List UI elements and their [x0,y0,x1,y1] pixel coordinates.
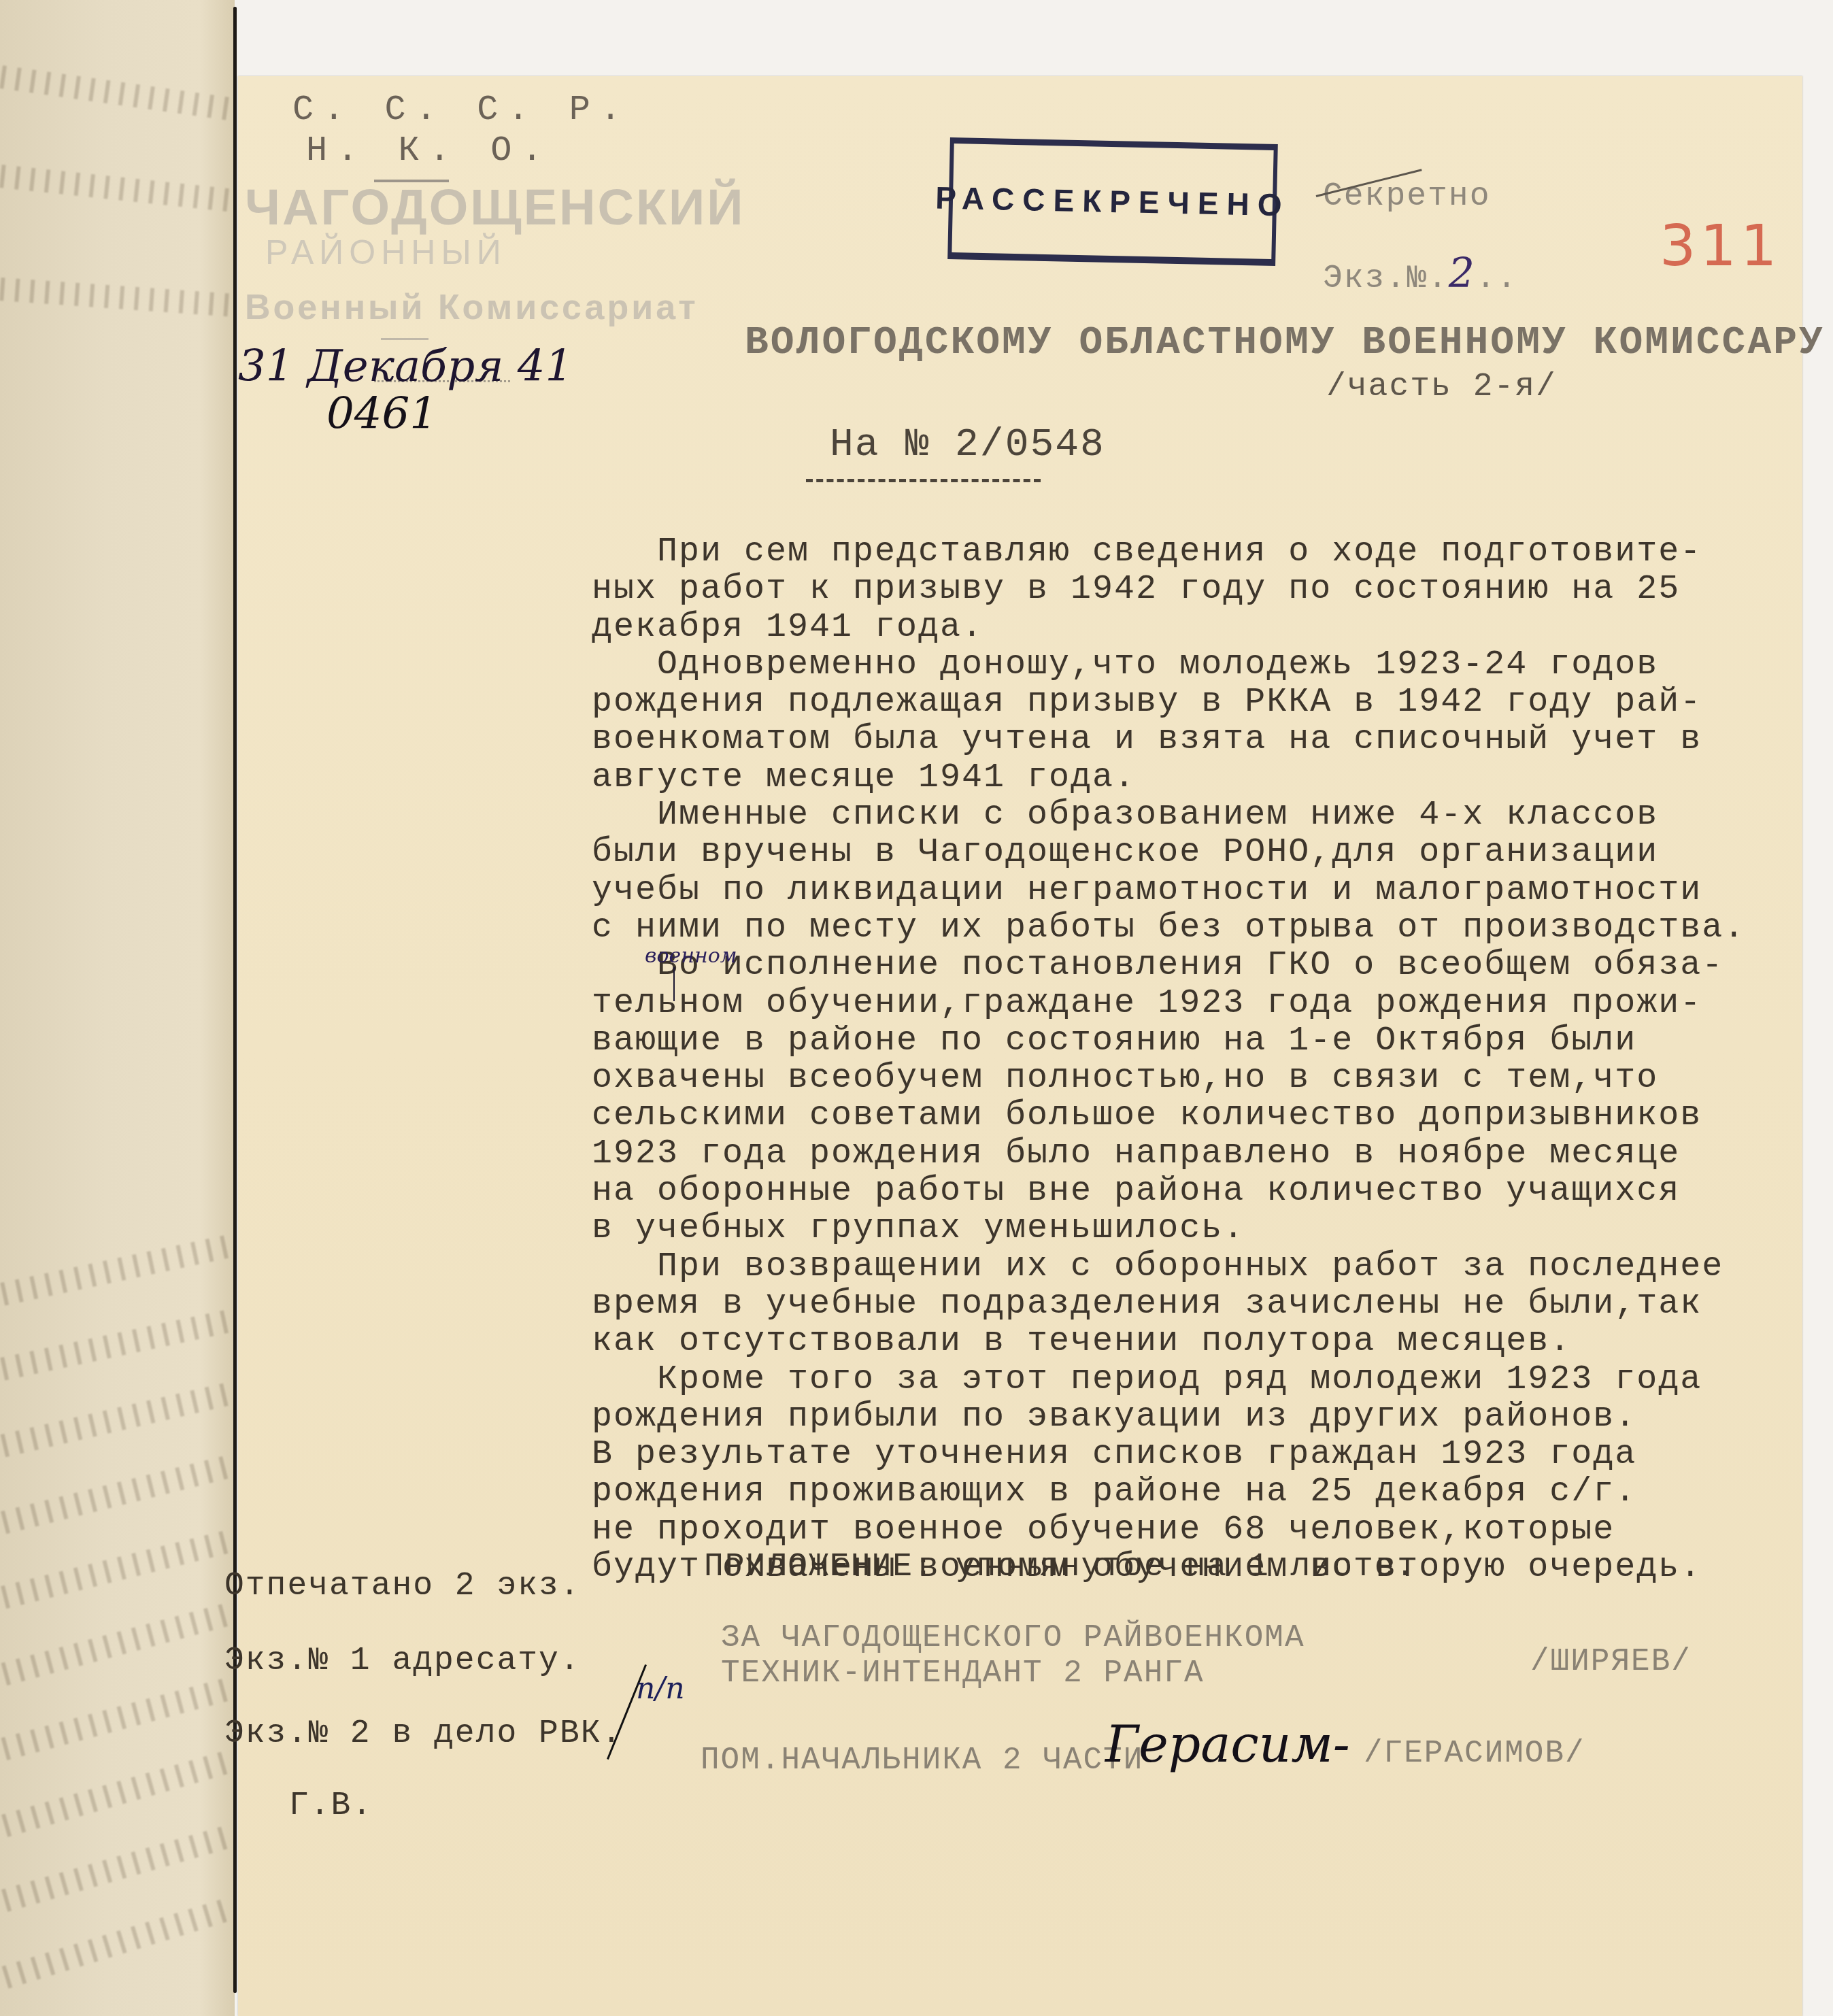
insert-caret [673,967,675,1001]
body-line: рождения прибыли по эвакуации из других … [592,1398,1762,1436]
handwritten-outgoing-number: 0461 [326,389,437,439]
signer-2-signature: Герасим- [1105,1715,1350,1774]
body-line: Во исполнение постановления ГКО о всеобщ… [592,947,1762,984]
stamp-text: РАССЕКРЕЧЕНО [935,180,1290,224]
letterhead-district: ЧАГОДОЩЕНСКИЙ [245,178,745,236]
typist-initials: Г.В. [289,1787,373,1824]
body-line: При сем представляю сведения о ходе подг… [592,533,1762,571]
addressee-part: /часть 2-я/ [1326,369,1557,405]
letterhead-commissariat: Военный Комиссариат [245,287,699,328]
letterhead-raion: РАЙОННЫЙ [265,233,507,272]
copy-2-destination: Экз.№ 2 в дело РВК. [224,1715,622,1752]
body-line: сельскими советами большое количество до… [592,1097,1762,1135]
signer-2-name: /ГЕРАСИМОВ/ [1364,1736,1585,1771]
body-line: вающие в районе по состоянию на 1-е Октя… [592,1022,1762,1060]
pp-mark: п/п [636,1671,685,1706]
body-line: как отсутствовали в течении полутора мес… [592,1323,1762,1360]
copy-suffix: .. [1476,261,1518,297]
body-line: с ними по месту их работы без отрыва от … [592,909,1762,947]
body-line: августе месяце 1941 года. [592,759,1762,796]
body-line: учебы по ликвидации неграмотности и мало… [592,872,1762,909]
body-line: в учебных группах уменьшилось. [592,1210,1762,1247]
handwritten-insert: военном [645,944,737,968]
body-line: Одновременно доношу,что молодежь 1923-24… [592,646,1762,684]
reference-underline [806,479,1041,482]
body-line: В результате уточнения списков граждан 1… [592,1436,1762,1473]
signer-1-name: /ШИРЯЕВ/ [1530,1644,1692,1679]
typed-copies-count: Отпечатано 2 экз. [224,1568,581,1605]
body-line: военкоматом была учтена и взята на списо… [592,721,1762,758]
copy-1-destination: Экз.№ 1 адресату. [224,1643,581,1679]
copy-label: Экз.№. [1323,261,1449,297]
body-line: рождения проживающих в районе на 25 дека… [592,1473,1762,1511]
body-line: Именные списки с образованием ниже 4-х к… [592,796,1762,834]
body-line: не проходит военное обучение 68 человек,… [592,1511,1762,1549]
body-line: охвачены всеобучем полностью,но в связи … [592,1060,1762,1097]
signer-2-title: ПОМ.НАЧАЛЬНИКА 2 ЧАСТИ [701,1743,1143,1778]
document-body: При сем представляю сведения о ходе подг… [592,533,1762,1586]
signer-1-title-line-1: ЗА ЧАГОДОЩЕНСКОГО РАЙВОЕНКОМА [721,1620,1305,1656]
body-line: ных работ к призыву в 1942 году по состо… [592,571,1762,608]
body-line: были вручены в Чагодощенское РОНО,для ор… [592,834,1762,871]
body-line: время в учебные подразделения зачислены … [592,1286,1762,1323]
reference-number: На № 2/0548 [830,423,1105,467]
copy-number: Экз.№.2.. [1323,250,1518,297]
folio-number: 311 [1660,212,1781,279]
copy-number-handwritten: 2 [1449,250,1476,297]
body-line: При возвращении их с оборонных работ за … [592,1248,1762,1286]
body-line: тельном обучении,граждане 1923 года рожд… [592,985,1762,1022]
binding-edge [233,7,237,1993]
declassified-stamp: РАССЕКРЕЧЕНО [947,137,1278,266]
addressee: ВОЛОГОДСКОМУ ОБЛАСТНОМУ ВОЕННОМУ КОМИССА… [745,321,1825,365]
letterhead-ministry: Н. К. О. [306,131,552,171]
body-line: на оборонные работы вне района количеств… [592,1173,1762,1210]
body-line: Кроме того за этот период ряд молодежи 1… [592,1361,1762,1398]
signer-1-title-line-2: ТЕХНИК-ИНТЕНДАНТ 2 РАНГА [721,1656,1205,1691]
document-page: С. С. С. Р. Н. К. О. ЧАГОДОЩЕНСКИЙ РАЙОН… [238,76,1802,2016]
adjacent-bound-page [0,0,235,2016]
letterhead-country: С. С. С. Р. [292,90,630,130]
secret-label: Секретно [1323,178,1490,215]
handwritten-date: 31 Декабря 41 [238,341,573,392]
attachment-note: ПРИЛОЖЕНИЕ: упомянутое на 1 листе. [704,1549,1416,1585]
letterhead-rule-2 [381,338,428,340]
body-line: декабря 1941 года. [592,609,1762,646]
body-line: 1923 года рождения было направлено в ноя… [592,1135,1762,1173]
body-line: рождения подлежащая призыву в РККА в 194… [592,684,1762,721]
